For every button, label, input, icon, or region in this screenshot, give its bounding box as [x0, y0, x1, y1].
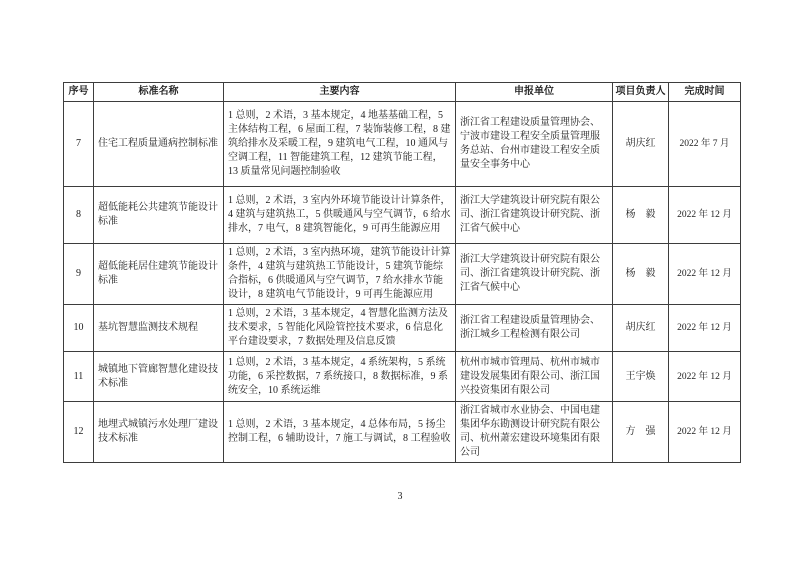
cell-serial-no: 10: [64, 305, 94, 352]
cell-serial-no: 12: [64, 402, 94, 463]
cell-main-content: 1 总则，2 术语，3 基本规定，4 地基基础工程，5 主体结构工程，6 屋面工…: [224, 102, 456, 187]
cell-project-leader: 胡庆红: [613, 102, 669, 187]
cell-serial-no: 9: [64, 244, 94, 305]
table-row: 7 住宅工程质量通病控制标准 1 总则，2 术语，3 基本规定，4 地基基础工程…: [64, 102, 741, 187]
cell-standard-name: 超低能耗居住建筑节能设计标准: [94, 244, 224, 305]
cell-completion-date: 2022 年 12 月: [669, 402, 741, 463]
cell-applicant-org: 杭州市城市管理局、杭州市城市建设发展集团有限公司、浙江国兴投资集团有限公司: [456, 352, 613, 402]
cell-serial-no: 8: [64, 187, 94, 244]
cell-standard-name: 住宅工程质量通病控制标准: [94, 102, 224, 187]
column-header-main-content: 主要内容: [224, 83, 456, 102]
document-page: 序号 标准名称 主要内容 申报单位 项目负责人 完成时间 7 住宅工程质量通病控…: [0, 0, 800, 566]
cell-main-content: 1 总则，2 术语，3 基本规定，4 智慧化监测方法及技术要求，5 智能化风险管…: [224, 305, 456, 352]
cell-standard-name: 基坑智慧监测技术规程: [94, 305, 224, 352]
cell-main-content: 1 总则，2 术语，3 室内外环境节能设计计算条件，4 建筑与建筑热工，5 供暖…: [224, 187, 456, 244]
cell-completion-date: 2022 年 12 月: [669, 187, 741, 244]
cell-applicant-org: 浙江省工程建设质量管理协会、浙江城乡工程检测有限公司: [456, 305, 613, 352]
table-header-row: 序号 标准名称 主要内容 申报单位 项目负责人 完成时间: [64, 83, 741, 102]
cell-project-leader: 王宇焕: [613, 352, 669, 402]
cell-applicant-org: 浙江大学建筑设计研究院有限公司、浙江省建筑设计研究院、浙江省气候中心: [456, 244, 613, 305]
table-row: 11 城镇地下管廊智慧化建设技术标准 1 总则，2 术语，3 基本规定，4 系统…: [64, 352, 741, 402]
cell-completion-date: 2022 年 12 月: [669, 352, 741, 402]
cell-project-leader: 杨 毅: [613, 244, 669, 305]
cell-standard-name: 超低能耗公共建筑节能设计标准: [94, 187, 224, 244]
table-row: 10 基坑智慧监测技术规程 1 总则，2 术语，3 基本规定，4 智慧化监测方法…: [64, 305, 741, 352]
cell-completion-date: 2022 年 7 月: [669, 102, 741, 187]
column-header-project-leader: 项目负责人: [613, 83, 669, 102]
cell-standard-name: 地埋式城镇污水处理厂建设技术标准: [94, 402, 224, 463]
cell-applicant-org: 浙江省城市水业协会、中国电建集团华东勘测设计研究院有限公司、杭州萧宏建设环境集团…: [456, 402, 613, 463]
cell-serial-no: 11: [64, 352, 94, 402]
cell-applicant-org: 浙江大学建筑设计研究院有限公司、浙江省建筑设计研究院、浙江省气候中心: [456, 187, 613, 244]
cell-project-leader: 杨 毅: [613, 187, 669, 244]
cell-project-leader: 胡庆红: [613, 305, 669, 352]
column-header-applicant-org: 申报单位: [456, 83, 613, 102]
cell-main-content: 1 总则，2 术语，3 室内热环境，建筑节能设计计算条件，4 建筑与建筑热工节能…: [224, 244, 456, 305]
column-header-completion-date: 完成时间: [669, 83, 741, 102]
cell-completion-date: 2022 年 12 月: [669, 244, 741, 305]
column-header-serial-no: 序号: [64, 83, 94, 102]
table-row: 9 超低能耗居住建筑节能设计标准 1 总则，2 术语，3 室内热环境，建筑节能设…: [64, 244, 741, 305]
cell-main-content: 1 总则，2 术语，3 基本规定，4 总体布局，5 扬尘控制工程，6 辅助设计，…: [224, 402, 456, 463]
cell-standard-name: 城镇地下管廊智慧化建设技术标准: [94, 352, 224, 402]
cell-completion-date: 2022 年 12 月: [669, 305, 741, 352]
cell-main-content: 1 总则，2 术语，3 基本规定，4 系统架构，5 系统功能，6 采控数据，7 …: [224, 352, 456, 402]
page-number: 3: [0, 491, 800, 502]
cell-serial-no: 7: [64, 102, 94, 187]
table-row: 12 地埋式城镇污水处理厂建设技术标准 1 总则，2 术语，3 基本规定，4 总…: [64, 402, 741, 463]
standards-table: 序号 标准名称 主要内容 申报单位 项目负责人 完成时间 7 住宅工程质量通病控…: [63, 82, 741, 463]
cell-project-leader: 方 强: [613, 402, 669, 463]
column-header-standard-name: 标准名称: [94, 83, 224, 102]
cell-applicant-org: 浙江省工程建设质量管理协会、宁波市建设工程安全质量管理服务总站、台州市建设工程安…: [456, 102, 613, 187]
table-row: 8 超低能耗公共建筑节能设计标准 1 总则，2 术语，3 室内外环境节能设计计算…: [64, 187, 741, 244]
